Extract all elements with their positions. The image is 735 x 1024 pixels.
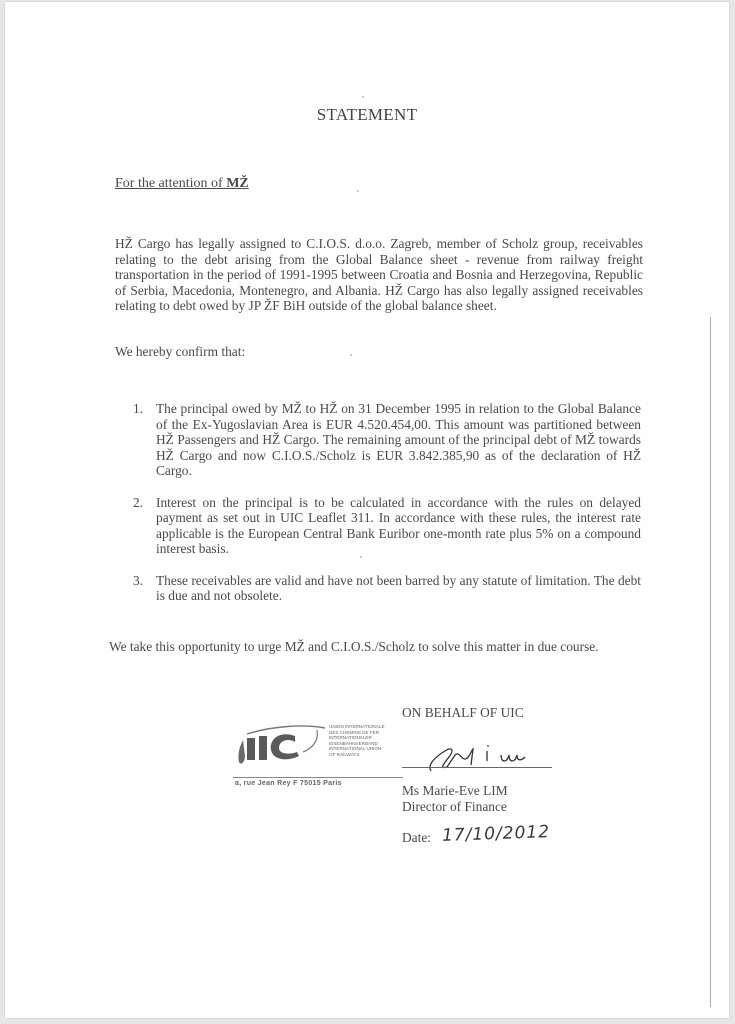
list-item-text: These receivables are valid and have not… — [156, 573, 641, 604]
document-title: STATEMENT — [5, 105, 729, 125]
stamp-address: a, rue Jean Rey F 75015 Paris — [235, 780, 342, 787]
scan-speck — [360, 556, 362, 558]
scan-speck — [362, 96, 364, 98]
on-behalf-line: ON BEHALF OF UIC — [402, 705, 524, 721]
list-item-text: The principal owed by MŽ to HŽ on 31 Dec… — [156, 401, 641, 478]
list-item: 3. These receivables are valid and have … — [133, 573, 641, 604]
uic-logo-icon — [233, 722, 329, 774]
closing-paragraph: We take this opportunity to urge MŽ and … — [109, 639, 599, 655]
attention-line: For the attention of MŽ — [115, 176, 249, 192]
date-value-handwritten: 17/10/2012 — [442, 822, 551, 846]
scan-speck — [350, 354, 352, 356]
scan-speck — [357, 190, 359, 192]
signer-title: Director of Finance — [402, 799, 508, 815]
list-item: 1. The principal owed by MŽ to HŽ on 31 … — [133, 401, 641, 479]
list-item-number: 2. — [133, 495, 143, 511]
list-item-number: 1. — [133, 401, 143, 417]
list-item-number: 3. — [133, 573, 143, 589]
signature-scribble-icon — [425, 737, 555, 777]
confirm-line: We hereby confirm that: — [115, 344, 245, 360]
signer-block: Ms Marie-Eve LIM Director of Finance — [402, 783, 508, 814]
scan-edge-line — [710, 317, 711, 1007]
confirmation-list: 1. The principal owed by MŽ to HŽ on 31 … — [133, 401, 641, 620]
attention-prefix: For the attention of — [115, 176, 226, 191]
list-item-text: Interest on the principal is to be calcu… — [156, 495, 641, 557]
signer-name: Ms Marie-Eve LIM — [402, 783, 508, 799]
date-label: Date: — [402, 830, 431, 846]
stamp-divider — [233, 777, 403, 778]
list-item: 2. Interest on the principal is to be ca… — [133, 495, 641, 557]
attention-recipient: MŽ — [226, 176, 249, 191]
signature-line — [402, 767, 552, 768]
intro-paragraph: HŽ Cargo has legally assigned to C.I.O.S… — [115, 236, 643, 314]
document-page: STATEMENT For the attention of MŽ HŽ Car… — [5, 2, 729, 1018]
uic-stamp: UNION INTERNATIONALE DES CHEMINS DE FER … — [233, 722, 393, 792]
stamp-org-names: UNION INTERNATIONALE DES CHEMINS DE FER … — [329, 724, 399, 758]
